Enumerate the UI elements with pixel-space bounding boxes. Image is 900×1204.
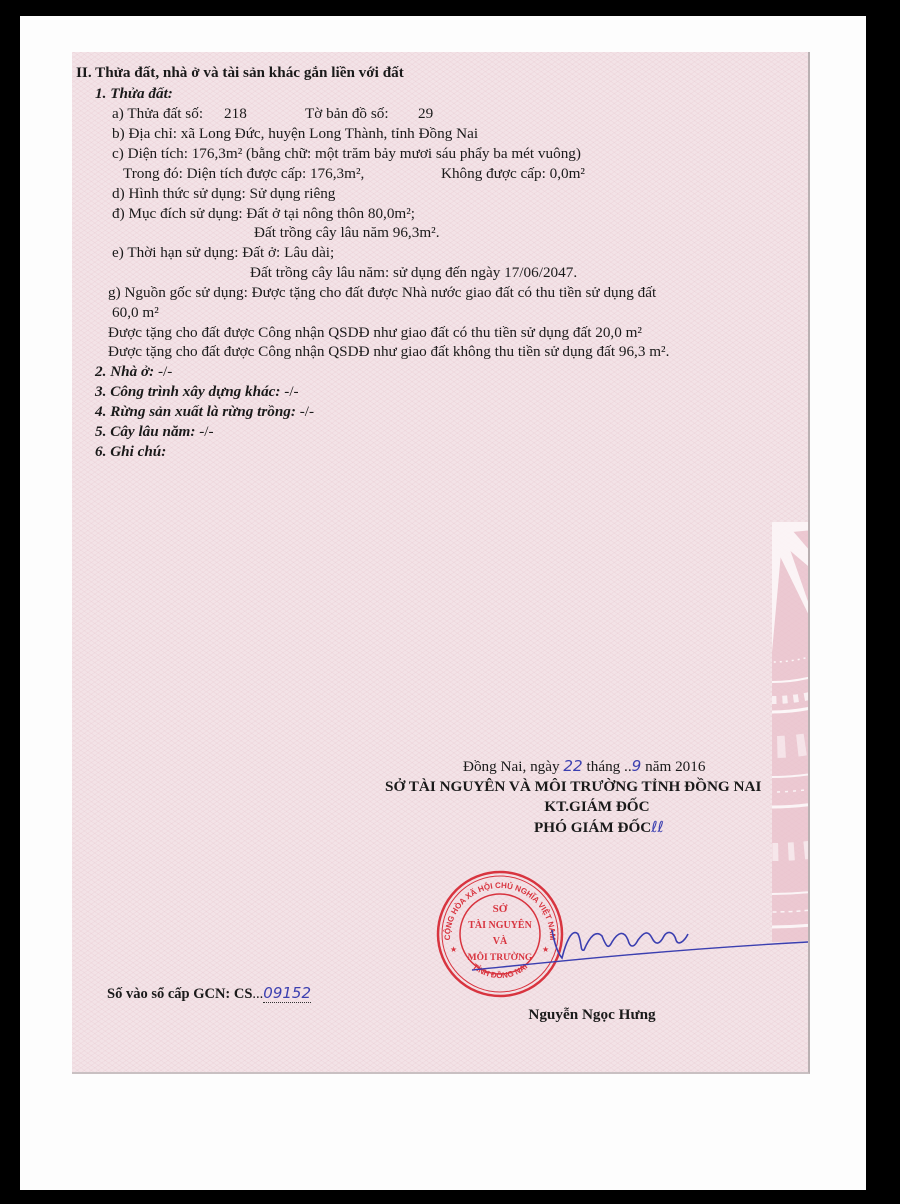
address: b) Địa chỉ: xã Long Đức, huyện Long Thàn… xyxy=(112,124,478,143)
item-other-construction: 3. Công trình xây dựng khác: -/- xyxy=(95,382,299,401)
origin-1: g) Nguồn gốc sử dụng: Được tặng cho đất … xyxy=(108,283,656,302)
map-sheet-label: Tờ bản đồ số: xyxy=(305,104,389,123)
parcel-number-value: 218 xyxy=(224,104,247,123)
area-granted: Trong đó: Diện tích được cấp: 176,3m², xyxy=(123,164,364,183)
svg-text:★: ★ xyxy=(450,945,457,954)
certificate-page: II. Thửa đất, nhà ở và tài sản khác gắn … xyxy=(72,52,810,1074)
registry-number: Số vào sổ cấp GCN: CS...09152 xyxy=(107,984,311,1004)
scanned-page: II. Thửa đất, nhà ở và tài sản khác gắn … xyxy=(20,16,866,1190)
usage-form: d) Hình thức sử dụng: Sử dụng riêng xyxy=(112,184,335,203)
area: c) Diện tích: 176,3m² (bằng chữ: một tră… xyxy=(112,144,581,163)
origin-3: Được tặng cho đất được Công nhận QSDĐ nh… xyxy=(108,323,642,342)
on-behalf-of: KT.GIÁM ĐỐC xyxy=(517,797,677,816)
usage-term-1: e) Thời hạn sử dụng: Đất ở: Lâu dài; xyxy=(112,243,334,262)
handwritten-signature xyxy=(462,912,808,992)
item-perennial-trees: 5. Cây lâu năm: -/- xyxy=(95,422,214,441)
item-notes: 6. Ghi chú: xyxy=(95,442,166,461)
signing-date: Đồng Nai, ngày 22 tháng ..9 năm 2016 xyxy=(463,757,705,776)
section-title: II. Thửa đất, nhà ở và tài sản khác gắn … xyxy=(76,63,404,82)
item-house: 2. Nhà ở: -/- xyxy=(95,362,172,381)
parcel-heading: 1. Thửa đất: xyxy=(95,84,173,103)
item-planted-forest: 4. Rừng sản xuất là rừng trồng: -/- xyxy=(95,402,314,421)
area-not-granted: Không được cấp: 0,0m² xyxy=(441,164,585,183)
usage-purpose-1: đ) Mục đích sử dụng: Đất ở tại nông thôn… xyxy=(112,204,415,223)
origin-4: Được tặng cho đất được Công nhận QSDĐ nh… xyxy=(108,342,669,361)
origin-2: 60,0 m² xyxy=(112,303,159,322)
signer-position: PHÓ GIÁM ĐỐCℓℓ xyxy=(534,818,664,837)
usage-term-2: Đất trồng cây lâu năm: sử dụng đến ngày … xyxy=(250,263,577,282)
parcel-number-label: a) Thửa đất số: xyxy=(112,104,203,123)
signer-name: Nguyễn Ngọc Hưng xyxy=(502,1005,682,1024)
map-sheet-value: 29 xyxy=(418,104,433,123)
usage-purpose-2: Đất trồng cây lâu năm 96,3m². xyxy=(254,223,440,242)
issuing-agency: SỞ TÀI NGUYÊN VÀ MÔI TRƯỜNG TỈNH ĐỒNG NA… xyxy=(385,777,761,796)
